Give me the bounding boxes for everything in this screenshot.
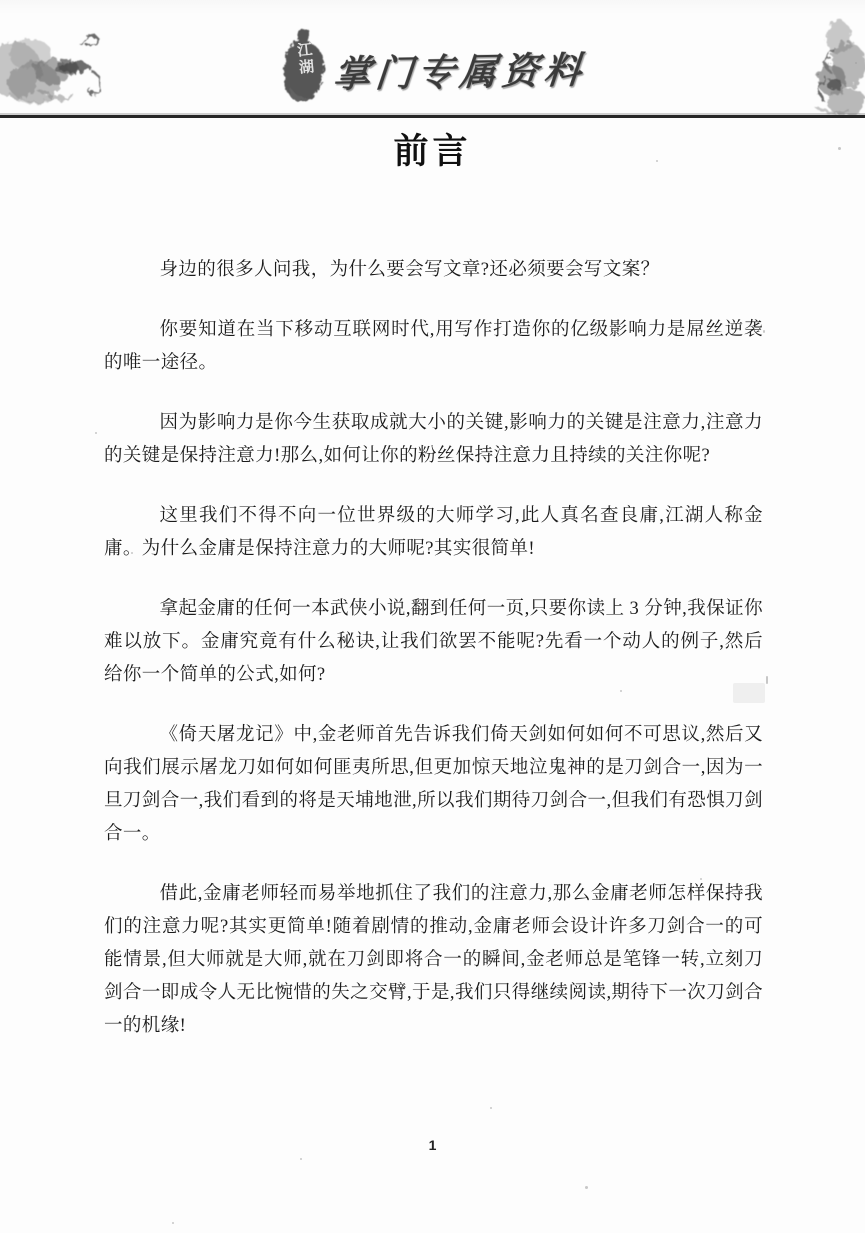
body-paragraph: 身边的很多人问我，为什么要会写文章?还必须要会写文案？ (104, 254, 763, 287)
jianghu-seal: 江湖 (280, 26, 328, 108)
body-paragraph: 你要知道在当下移动互联网时代,用写作打造你的亿级影响力是屌丝逆袭的唯一途径。 (104, 314, 763, 380)
scanned-page: 江湖 掌门专属资料 (0, 0, 865, 1233)
header-rule (0, 115, 865, 118)
page-number: 1 (429, 1137, 437, 1153)
masthead: 江湖 掌门专属资料 (280, 26, 586, 108)
right-dragon-ink-art (745, 18, 865, 122)
body-text: 身边的很多人问我，为什么要会写文章?还必须要会写文案？ 你要知道在当下移动互联网… (104, 254, 763, 1070)
masthead-calligraphy: 掌门专属资料 (331, 40, 588, 98)
body-paragraph: 这里我们不得不向一位世界级的大师学习,此人真名查良庸,江湖人称金庸。为什么金庸是… (104, 500, 763, 566)
left-dragon-ink-art (0, 24, 122, 118)
body-paragraph: 拿起金庸的任何一本武侠小说,翻到任何一页,只要你读上 3 分钟,我保证你难以放下… (104, 593, 763, 692)
body-paragraph: 《倚天屠龙记》中,金老师首先告诉我们倚天剑如何如何不可思议,然后又向我们展示屠龙… (104, 719, 763, 851)
seal-text: 江湖 (293, 41, 314, 77)
masthead-band: 江湖 掌门专属资料 (0, 0, 865, 115)
body-paragraph: 因为影响力是你今生获取成就大小的关键,影响力的关键是注意力,注意力的关键是保持注… (104, 407, 763, 473)
body-paragraph: 借此,金庸老师轻而易举地抓住了我们的注意力,那么金庸老师怎样保持我们的注意力呢?… (104, 878, 763, 1043)
page-footer: 1 (0, 1137, 865, 1155)
page-title: 前言 (0, 124, 865, 174)
